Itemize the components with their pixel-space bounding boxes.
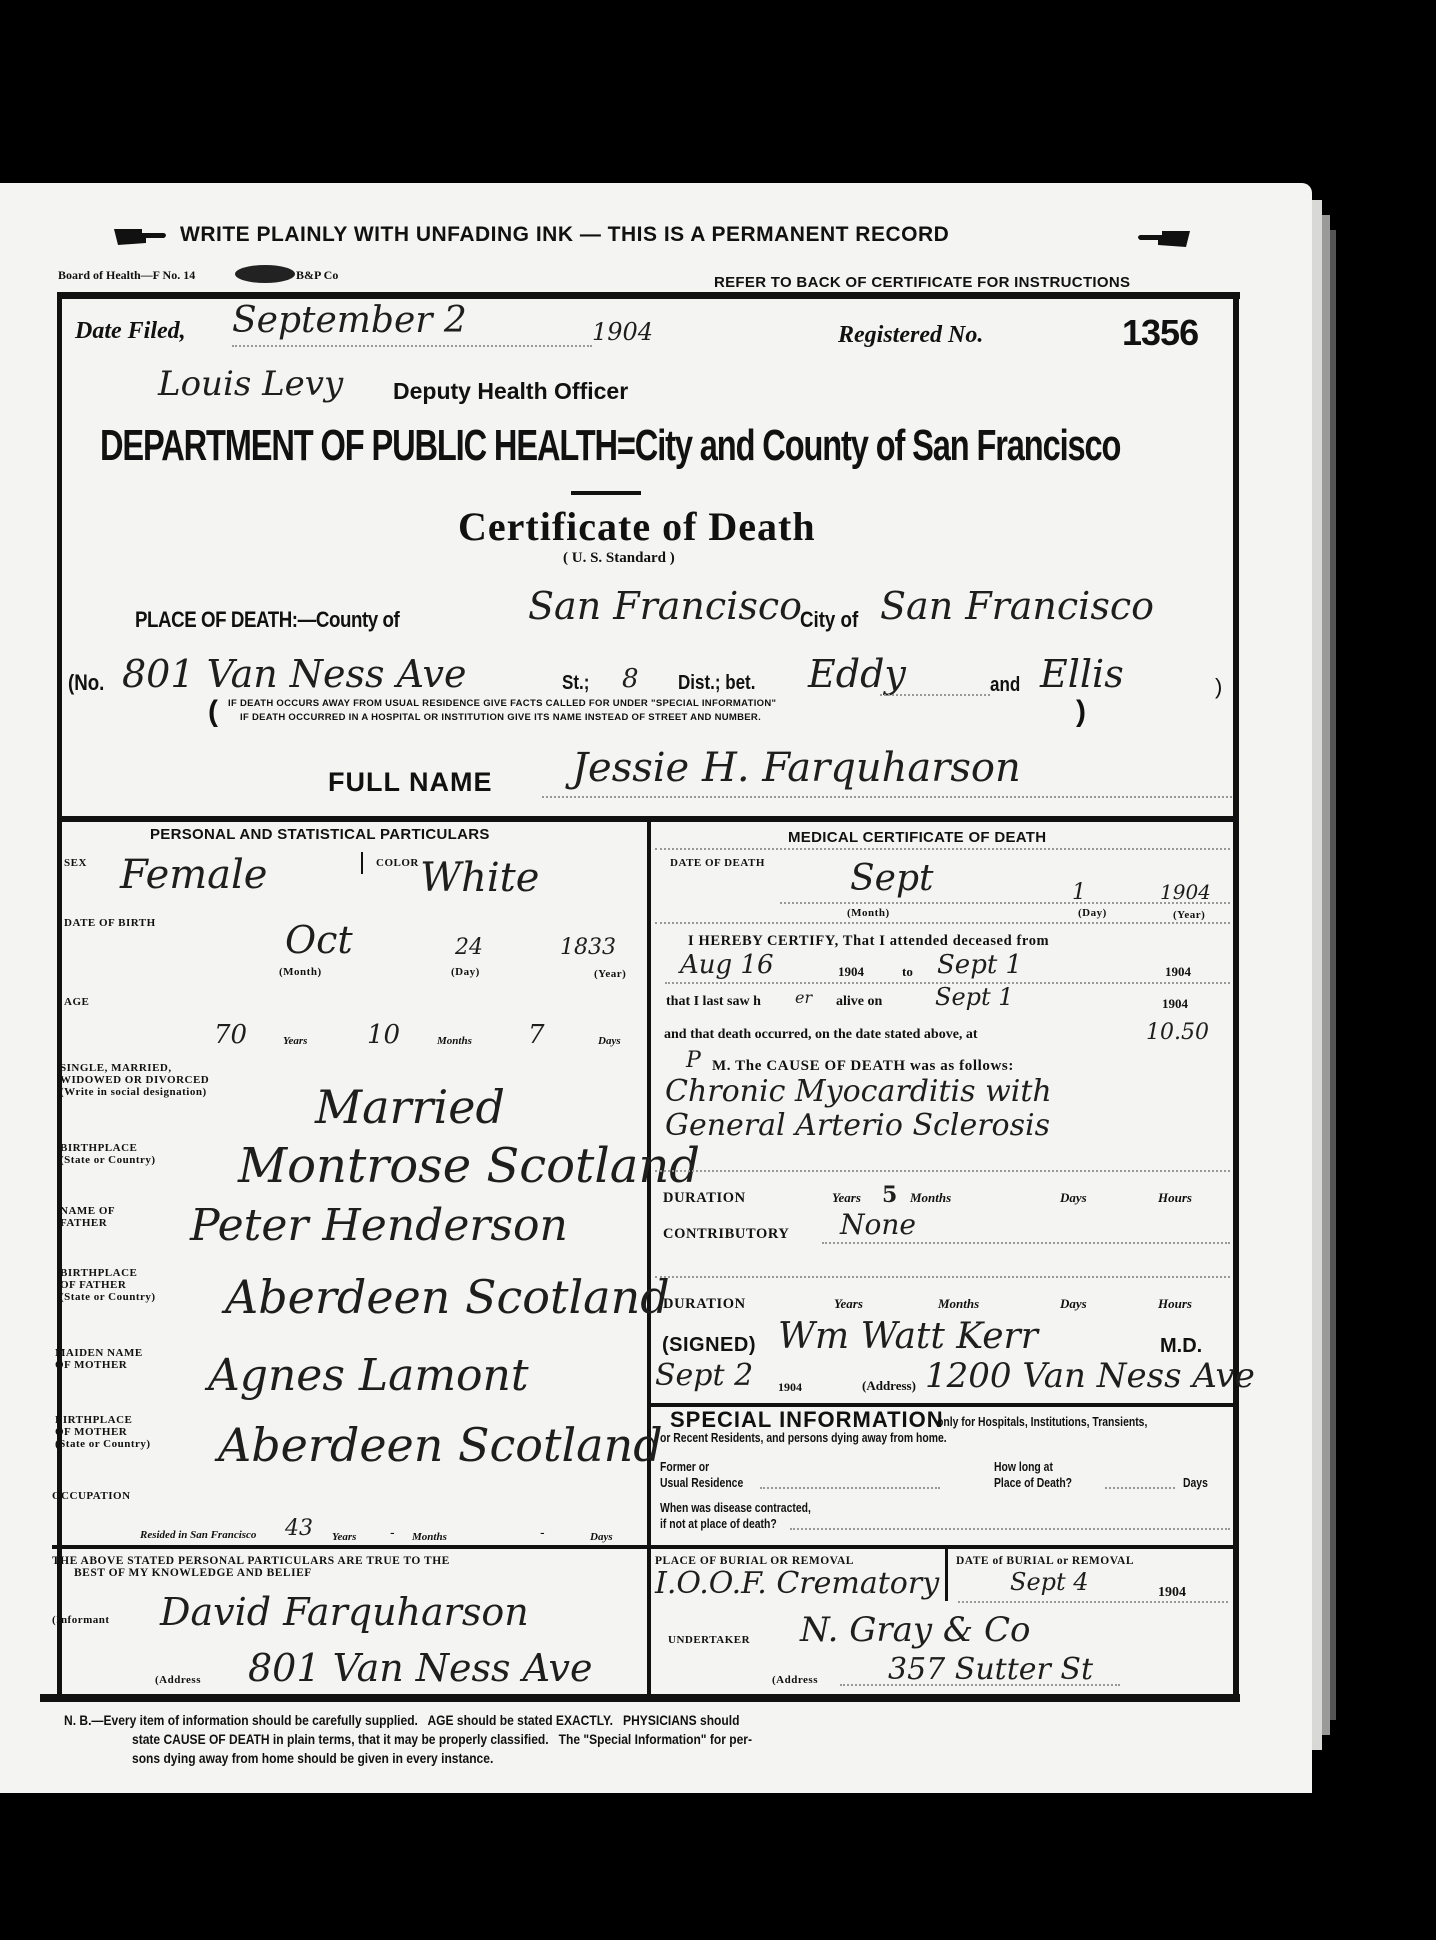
age-label: AGE: [64, 996, 89, 1008]
date-of-death-month[interactable]: Sept: [850, 858, 933, 899]
father-birthplace-label-2: OF FATHER: [60, 1279, 126, 1291]
frame-left: [57, 292, 62, 1698]
informant-name[interactable]: David Farquharson: [160, 1590, 529, 1634]
signed-year[interactable]: 1904: [778, 1380, 802, 1395]
printer-mark: B&P Co: [296, 268, 338, 283]
instructions-note: REFER TO BACK OF CERTIFICATE FOR INSTRUC…: [714, 274, 1130, 291]
last-saw-label: that I last saw h: [666, 994, 761, 1010]
full-name-value[interactable]: Jessie H. Farquharson: [572, 745, 1021, 791]
father-birthplace-label-1: BIRTHPLACE: [60, 1267, 137, 1279]
marital-label-1: SINGLE, MARRIED,: [60, 1062, 172, 1074]
cause-line-1[interactable]: Chronic Myocarditis with: [665, 1074, 1052, 1109]
column-divider: [647, 822, 651, 1694]
frame-bottom: [40, 1694, 1240, 1702]
special-info-subtitle-1: only for Hospitals, Institutions, Transi…: [937, 1414, 1147, 1429]
duration-years-caption: Years: [832, 1190, 861, 1206]
days-label: Days: [1183, 1475, 1208, 1490]
close-paren: ): [1215, 674, 1222, 700]
age-years[interactable]: 70: [214, 1020, 247, 1050]
signed-label: (SIGNED): [662, 1334, 756, 1357]
mother-birthplace-label-1: BIRTHPLACE: [55, 1414, 132, 1426]
occupation-value[interactable]: [200, 1485, 620, 1505]
pointing-hand-icon-right: [1134, 227, 1192, 249]
certify-text: I HEREBY CERTIFY, That I attended deceas…: [688, 933, 1049, 950]
informant-label: (Informant: [52, 1614, 110, 1626]
informant-statement-2: BEST OF MY KNOWLEDGE AND BELIEF: [74, 1567, 312, 1579]
title-divider: [571, 491, 641, 495]
contributory-line: [822, 1242, 1230, 1244]
father-birthplace[interactable]: Aberdeen Scotland: [225, 1270, 670, 1324]
contracted-label-1: When was disease contracted,: [660, 1500, 811, 1515]
cause-line-3: [655, 1170, 1230, 1172]
dob-day-caption: (Day): [451, 966, 480, 978]
physician-signature[interactable]: Wm Watt Kerr: [778, 1316, 1038, 1357]
residence-note-open-paren: (: [208, 695, 218, 729]
page-edge: [1322, 215, 1330, 1735]
informant-address[interactable]: 801 Van Ness Ave: [248, 1646, 592, 1690]
form-id: Board of Health—F No. 14: [58, 268, 195, 283]
date-of-death-label: DATE OF DEATH: [670, 857, 765, 869]
frame-right: [1233, 292, 1239, 1698]
dod-line: [780, 902, 1230, 904]
date-filed-value[interactable]: September 2: [232, 300, 467, 341]
father-birthplace-label-3: (State or Country): [60, 1291, 156, 1303]
how-long-label-1: How long at: [994, 1459, 1053, 1474]
death-time-label: and that death occurred, on the date sta…: [664, 1027, 978, 1043]
date-filed-year[interactable]: 1904: [592, 318, 653, 346]
age-months-caption: Months: [437, 1035, 472, 1047]
marital-status[interactable]: Married: [315, 1080, 505, 1134]
informant-divider: [52, 1545, 647, 1549]
burial-place[interactable]: I.O.O.F. Crematory: [655, 1566, 939, 1601]
how-long-label-2: Place of Death?: [994, 1475, 1072, 1490]
undertaker-address-line: [840, 1684, 1120, 1686]
personal-section-title: PERSONAL AND STATISTICAL PARTICULARS: [150, 826, 490, 843]
physician-address-label: (Address): [862, 1378, 916, 1394]
ward-label: St.;: [562, 672, 589, 695]
footnote-line-1: N. B.—Every item of information should b…: [64, 1712, 739, 1728]
cause-label: M. The CAUSE OF DEATH was as follows:: [712, 1058, 1014, 1075]
duration-hours-caption: Hours: [1158, 1190, 1192, 1206]
street-no-label: (No.: [68, 670, 104, 696]
alive-on-label: alive on: [836, 994, 882, 1010]
footnote-line-2: state CAUSE OF DEATH in plain terms, tha…: [132, 1731, 752, 1747]
color-value[interactable]: White: [420, 855, 539, 901]
resided-label: Resided in San Francisco: [140, 1529, 256, 1541]
burial-date-line: [958, 1601, 1228, 1603]
color-label: COLOR: [376, 857, 419, 869]
date-of-death-year[interactable]: 1904: [1160, 880, 1211, 904]
duration-months-caption: Months: [910, 1190, 951, 1206]
duration2-years-caption: Years: [834, 1296, 863, 1312]
medical-section-title: MEDICAL CERTIFICATE OF DEATH: [788, 829, 1046, 846]
page-edge: [1330, 230, 1336, 1720]
full-name-line: [542, 796, 1232, 798]
date-filed-label: Date Filed,: [75, 318, 186, 345]
informant-statement-1: THE ABOVE STATED PERSONAL PARTICULARS AR…: [52, 1555, 450, 1567]
ward-value[interactable]: 8: [622, 664, 639, 694]
registered-no[interactable]: 1356: [1122, 312, 1198, 354]
cause-line-2[interactable]: General Arterio Sclerosis: [665, 1108, 1050, 1143]
warning-banner: WRITE PLAINLY WITH UNFADING INK — THIS I…: [180, 223, 949, 247]
duration-days-caption: Days: [1060, 1190, 1087, 1206]
department-title: DEPARTMENT OF PUBLIC HEALTH=City and Cou…: [100, 421, 1120, 471]
age-days[interactable]: 7: [528, 1020, 545, 1050]
residence-note-line-1: IF DEATH OCCURS AWAY FROM USUAL RESIDENC…: [228, 698, 776, 709]
date-filed-line: [232, 345, 592, 347]
how-long-field[interactable]: [1105, 1487, 1175, 1489]
medical-title-line: [655, 848, 1230, 850]
meridiem[interactable]: P: [686, 1048, 701, 1073]
contributory-line-2: [655, 1276, 1230, 1278]
certificate-title: Certificate of Death: [458, 503, 816, 550]
duration2-days-caption: Days: [1060, 1296, 1087, 1312]
residence-note-close-paren: ): [1076, 695, 1086, 729]
burial-column-divider: [945, 1549, 948, 1601]
undertaker-label: UNDERTAKER: [668, 1634, 750, 1646]
dod-year-caption: (Year): [1173, 909, 1205, 921]
registered-no-label: Registered No.: [838, 322, 983, 349]
between-street-1[interactable]: Eddy: [808, 652, 906, 696]
burial-divider: [651, 1545, 1233, 1549]
standard-label: ( U. S. Standard ): [563, 550, 675, 567]
burial-year[interactable]: 1904: [1158, 1585, 1186, 1601]
county-value[interactable]: San Francisco: [528, 584, 802, 628]
former-residence-label-1: Former or: [660, 1459, 709, 1474]
age-days-caption: Days: [598, 1035, 621, 1047]
place-of-death-label: PLACE OF DEATH:—County of: [135, 607, 399, 633]
sex-value[interactable]: Female: [120, 852, 267, 898]
father-label-2: FATHER: [60, 1217, 107, 1229]
mother-birthplace-label-3: (State or Country): [55, 1438, 151, 1450]
officer-signature[interactable]: Louis Levy: [158, 364, 343, 404]
dob-year[interactable]: 1833: [560, 935, 616, 960]
street-address[interactable]: 801 Van Ness Ave: [122, 652, 466, 696]
mother-name[interactable]: Agnes Lamont: [208, 1350, 529, 1401]
resided-days-caption: Days: [590, 1531, 613, 1543]
last-saw-year[interactable]: 1904: [1162, 996, 1188, 1012]
full-name-label: FULL NAME: [328, 767, 493, 798]
duration2-hours-caption: Hours: [1158, 1296, 1192, 1312]
sex-label: SEX: [64, 857, 87, 869]
to-label: to: [902, 964, 913, 980]
dist-label: Dist.; bet.: [678, 672, 755, 695]
dod-section-line: [655, 922, 1230, 924]
burial-date-label: DATE of BURIAL or REMOVAL: [956, 1555, 1134, 1567]
resided-years-caption: Years: [332, 1531, 356, 1543]
undertaker-address[interactable]: 357 Sutter St: [888, 1652, 1093, 1687]
mother-label-2: OF MOTHER: [55, 1359, 127, 1371]
residence-note-line-2: IF DEATH OCCURRED IN A HOSPITAL OR INSTI…: [240, 712, 761, 723]
dod-month-caption: (Month): [847, 907, 890, 919]
dob-month-caption: (Month): [279, 966, 322, 978]
between-street-2[interactable]: Ellis: [1040, 652, 1124, 696]
mother-label-1: MAIDEN NAME: [55, 1347, 143, 1359]
marital-label-3: (Write in social designation): [60, 1086, 207, 1098]
contracted-label-2: if not at place of death?: [660, 1516, 777, 1531]
dob-month[interactable]: Oct: [285, 918, 353, 962]
attended-to-year[interactable]: 1904: [1165, 964, 1191, 980]
duration-months[interactable]: 5: [882, 1182, 897, 1208]
sex-color-divider: [361, 852, 363, 874]
resided-months[interactable]: -: [390, 1524, 395, 1540]
informant-address-label: (Address: [155, 1674, 201, 1686]
undertaker-address-label: (Address: [772, 1674, 818, 1686]
occupation-label: OCCUPATION: [52, 1490, 131, 1502]
undertaker-value[interactable]: N. Gray & Co: [800, 1610, 1030, 1650]
duration-label: DURATION: [663, 1190, 746, 1207]
dob-year-caption: (Year): [594, 968, 626, 980]
duration2-months-caption: Months: [938, 1296, 979, 1312]
footnote-line-3: sons dying away from home should be give…: [132, 1750, 493, 1766]
father-name[interactable]: Peter Henderson: [190, 1200, 568, 1251]
age-years-caption: Years: [283, 1035, 307, 1047]
marital-label-2: WIDOWED OR DIVORCED: [60, 1074, 209, 1086]
contributory-value[interactable]: None: [840, 1208, 916, 1241]
former-residence-label-2: Usual Residence: [660, 1475, 743, 1490]
burial-date[interactable]: Sept 4: [1010, 1568, 1089, 1596]
resided-days[interactable]: -: [540, 1524, 545, 1540]
father-label-1: NAME OF: [60, 1205, 115, 1217]
frame-top: [57, 292, 1240, 299]
mother-birthplace[interactable]: Aberdeen Scotland: [218, 1418, 663, 1472]
birthplace-label-2: (State or Country): [60, 1154, 156, 1166]
and-label: and: [990, 674, 1020, 697]
dob-label: DATE OF BIRTH: [64, 917, 156, 929]
special-info-subtitle-2: or Recent Residents, and persons dying a…: [660, 1430, 947, 1445]
dod-day-caption: (Day): [1078, 907, 1107, 919]
attended-from-year[interactable]: 1904: [838, 964, 864, 980]
last-saw-date[interactable]: Sept 1: [935, 983, 1014, 1011]
dob-day[interactable]: 24: [455, 935, 483, 960]
last-saw-pronoun[interactable]: er: [795, 988, 812, 1007]
contracted-field[interactable]: [790, 1528, 1230, 1530]
attended-from[interactable]: Aug 16: [680, 950, 774, 980]
birthplace-value[interactable]: Montrose Scotland: [238, 1138, 700, 1194]
age-months[interactable]: 10: [367, 1020, 400, 1050]
mother-birthplace-label-2: OF MOTHER: [55, 1426, 127, 1438]
page-edge: [1312, 200, 1322, 1750]
between-line: [880, 694, 990, 696]
pointing-hand-icon-left: [112, 225, 170, 247]
attended-to[interactable]: Sept 1: [937, 950, 1022, 980]
union-seal-icon: [235, 265, 295, 283]
md-label: M.D.: [1160, 1335, 1202, 1358]
physician-address[interactable]: 1200 Van Ness Ave: [925, 1356, 1255, 1396]
duration2-label: DURATION: [663, 1296, 746, 1313]
death-time[interactable]: 10.50: [1146, 1020, 1209, 1045]
city-label: City of: [800, 607, 858, 633]
birthplace-label-1: BIRTHPLACE: [60, 1142, 137, 1154]
city-value[interactable]: San Francisco: [880, 584, 1154, 628]
resided-years[interactable]: 43: [285, 1516, 313, 1541]
resided-months-caption: Months: [412, 1531, 447, 1543]
officer-title: Deputy Health Officer: [393, 378, 628, 405]
signed-date[interactable]: Sept 2: [655, 1358, 753, 1393]
contributory-label: CONTRIBUTORY: [663, 1226, 789, 1243]
former-residence-field[interactable]: [760, 1487, 940, 1489]
